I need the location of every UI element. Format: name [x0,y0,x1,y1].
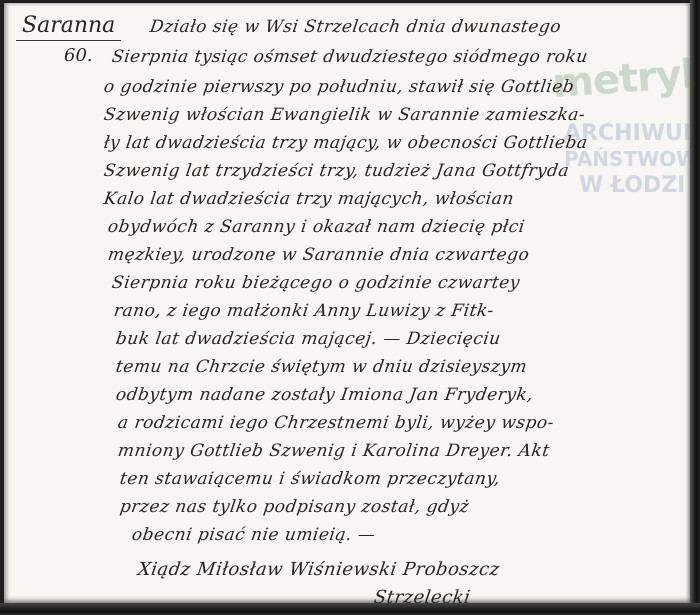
text-line: a rodzicami iego Chrzestnemi byli, wyżey… [117,413,556,433]
text-line: męzkiey, urodzone w Sarannie dnia czwart… [107,245,531,265]
text-line: przez nas tylko podpisany został, gdyż [119,497,471,517]
text-line: Sierpnia tysiąc ośmset dwudziestego siód… [111,47,590,67]
text-line: buk lat dwadzieścia mającej. — Dziecięci… [115,329,503,349]
text-line: ły lat dwadzieścia trzy mający, w obecno… [103,133,589,153]
text-line: mniony Gottlieb Szwenig i Karolina Dreye… [117,441,551,461]
signature-parish: Strzelecki [373,587,472,603]
text-line: Szwenig włościan Ewangielik w Sarannie z… [103,105,587,125]
text-line: obecni pisać nie umieią. — [131,525,377,545]
text-line: Sierpnia roku bieżącego o godzinie czwar… [111,273,522,293]
scan-shadow-bottom [0,603,700,615]
entry-number: 60. [64,45,93,66]
text-line: odbytym nadane zostały Imiona Jan Fryder… [115,385,535,405]
text-line: obydwóch z Saranny i okazał nam dziecię … [107,217,527,237]
text-line: o godzinie pierwszy po południu, stawił … [103,77,576,97]
signature-priest: Xiądz Miłosław Wiśniewski Proboszcz [137,559,502,580]
text-line: temu na Chrzcie świętym w dniu dzisieysz… [115,357,529,377]
text-line: Działo się w Wsi Strzelcach dnia dwunast… [149,17,563,37]
scan-shadow-right [690,0,700,615]
margin-title-village: Saranna [16,13,121,41]
text-line: rano, z iego małżonki Anny Luwizy z Fitk… [113,301,496,321]
text-line: Kalo lat dwadzieścia trzy mających, włoś… [103,189,516,209]
text-line: ten stawaiącemu i świadkom przeczytany, [119,469,502,489]
watermark-lodz: W ŁODZI [579,173,685,198]
document-page: metryki.ge ARCHIWUM PAŃSTWOWE W ŁODZI Sa… [4,3,690,603]
text-line: Szwenig lat trzydzieści trzy, tudzież Ja… [103,161,571,181]
